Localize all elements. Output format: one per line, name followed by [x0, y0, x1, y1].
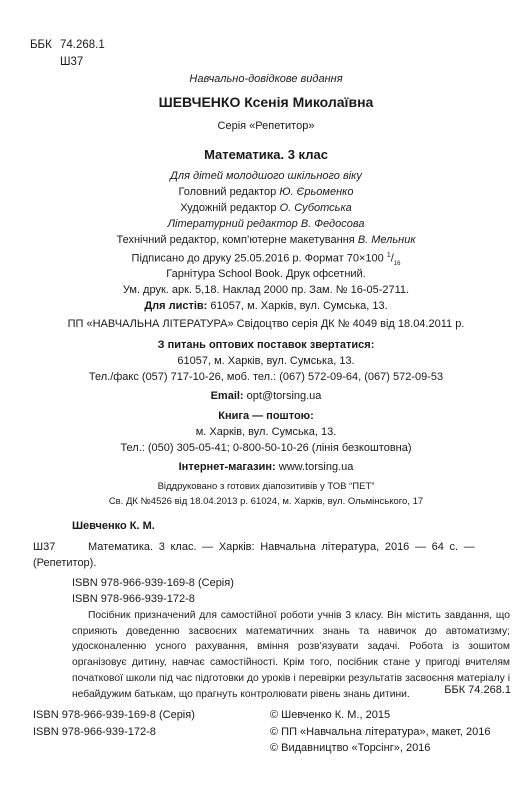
footer-isbn: ISBN 978-966-939-172-8	[33, 726, 156, 738]
format-numerator: 1	[387, 252, 391, 259]
editor-technical: Технічний редактор, комп’ютерне макетува…	[0, 234, 532, 246]
bbk-label: ББК	[30, 39, 52, 51]
letters-label: Для листів:	[144, 300, 207, 312]
editor-name: Ю. Єрьоменко	[279, 186, 353, 198]
editor-role: Головний редактор	[179, 186, 277, 198]
shop-link[interactable]: www.torsing.ua	[279, 461, 354, 473]
print-signed: Підписано до друку 25.05.2016 р. Формат …	[0, 252, 532, 267]
mail-order-address: м. Харків, вул. Сумська, 13.	[0, 426, 532, 438]
print-sheets: Ум. друк. арк. 5,18. Наклад 2000 пр. Зам…	[0, 284, 532, 296]
copyright-layout: © ПП «Навчальна література», макет, 2016	[270, 726, 490, 738]
copyright-publisher: © Видавництво «Торсінг», 2016	[270, 742, 430, 754]
mail-order-heading: Книга — поштою:	[0, 410, 532, 422]
copyright-author: © Шевченко К. М., 2015	[270, 709, 390, 721]
wholesale-phones: Тел./факс (057) 717-10-26, моб. тел.: (0…	[0, 371, 532, 383]
editor-literary: Літературний редактор В. Федосова	[0, 218, 532, 230]
book-title: Математика. 3 клас	[0, 147, 532, 162]
editor-role: Літературний редактор	[168, 218, 298, 230]
letters-address: Для листів: 61057, м. Харків, вул. Сумсь…	[0, 300, 532, 312]
editor-art: Художній редактор О. Суботська	[0, 202, 532, 214]
edition-type: Навчально-довідкове видання	[0, 73, 532, 85]
catalog-author: Шевченко К. М.	[72, 520, 155, 532]
author-full-name: ШЕВЧЕНКО Ксенія Миколаївна	[0, 94, 532, 110]
format-denominator: 16	[394, 261, 401, 267]
catalog-mark: Ш37	[33, 541, 55, 553]
editor-name: В. Мельник	[358, 234, 416, 246]
wholesale-heading: З питань оптових поставок звертатися:	[0, 339, 532, 351]
mail-order-phones: Тел.: (050) 305-05-41; 0-800-50-10-26 (л…	[0, 442, 532, 454]
bbk-code: 74.268.1	[60, 39, 105, 51]
letters-addr: 61057, м. Харків, вул. Сумська, 13.	[210, 300, 387, 312]
catalog-desc-line2: (Репетитор).	[33, 557, 96, 569]
footer-isbn-series: ISBN 978-966-939-169-8 (Серія)	[33, 709, 195, 721]
catalog-isbn: ISBN 978-966-939-172-8	[72, 593, 195, 605]
online-shop: Інтернет-магазин: www.torsing.ua	[0, 461, 532, 473]
catalog-isbn-series: ISBN 978-966-939-169-8 (Серія)	[72, 577, 234, 589]
print-signed-text: Підписано до друку 25.05.2016 р. Формат …	[132, 253, 384, 265]
editor-role: Художній редактор	[180, 202, 276, 214]
editor-name: В. Федосова	[301, 218, 365, 230]
print-typeface: Гарнітура School Book. Друк офсетний.	[0, 268, 532, 280]
author-mark: Ш37	[60, 56, 83, 68]
wholesale-address: 61057, м. Харків, вул. Сумська, 13.	[0, 355, 532, 367]
shop-label: Інтернет-магазин:	[179, 461, 276, 473]
editor-chief: Головний редактор Ю. Єрьоменко	[0, 186, 532, 198]
catalog-desc-line1: Математика. 3 клас. — Харків: Навчальна …	[88, 541, 475, 553]
series-name: Серія «Репетитор»	[0, 120, 532, 132]
publisher-certificate: ПП «НАВЧАЛЬНА ЛІТЕРАТУРА» Свідоцтво сері…	[0, 318, 532, 330]
printer-line-1: Віддруковано з готових діапозитивів у ТО…	[0, 481, 532, 492]
catalog-bbk: ББК 74.268.1	[444, 684, 511, 696]
editor-role: Технічний редактор, комп’ютерне макетува…	[116, 234, 354, 246]
email-link[interactable]: opt@torsing.ua	[247, 390, 322, 402]
audience: Для дітей молодшого шкільного віку	[0, 170, 532, 182]
email-label: Email:	[211, 390, 244, 402]
editor-name: О. Суботська	[280, 202, 352, 214]
wholesale-email: Email: opt@torsing.ua	[0, 390, 532, 402]
printer-line-2: Св. ДК №4526 від 18.04.2013 р. 61024, м.…	[0, 496, 532, 507]
